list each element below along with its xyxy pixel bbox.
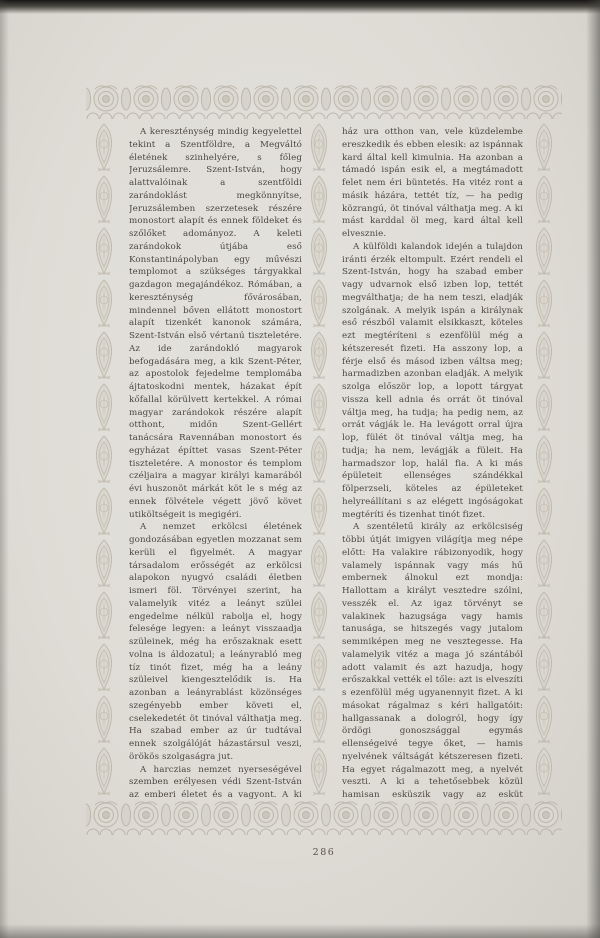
top-border-ornament [86,84,562,120]
bottom-border-ornament [86,800,562,836]
text-column-right: ház ura otthon van, vele küzdelembe eres… [342,126,523,800]
scanned-book-page: A kereszténység mindig kegyelettel tekin… [0,0,600,938]
body-paragraph: A kereszténység mindig kegyelettel tekin… [129,126,302,521]
page-edge-shadow-left [0,0,9,938]
left-border-ornament [88,121,120,797]
body-paragraph: A harczias nemzet nyerseségével szemben … [129,764,302,801]
body-paragraph: A szentéletű király az erkölcsiség többi… [342,521,523,800]
body-paragraph: A külföldi kalandok idején a tulajdon ir… [342,241,523,522]
body-paragraph: A nemzet erkölcsi életének gondozásában … [129,521,302,763]
page-number: 286 [86,847,562,858]
page-edge-shadow-right [586,0,600,938]
page-edge-shadow-bottom [0,924,600,938]
column-divider-ornament [303,121,335,797]
body-paragraph: ház ura otthon van, vele küzdelembe eres… [342,126,523,241]
right-border-ornament [528,121,560,797]
page-edge-shadow-top [0,0,600,14]
text-column-left: A kereszténység mindig kegyelettel tekin… [129,126,302,800]
